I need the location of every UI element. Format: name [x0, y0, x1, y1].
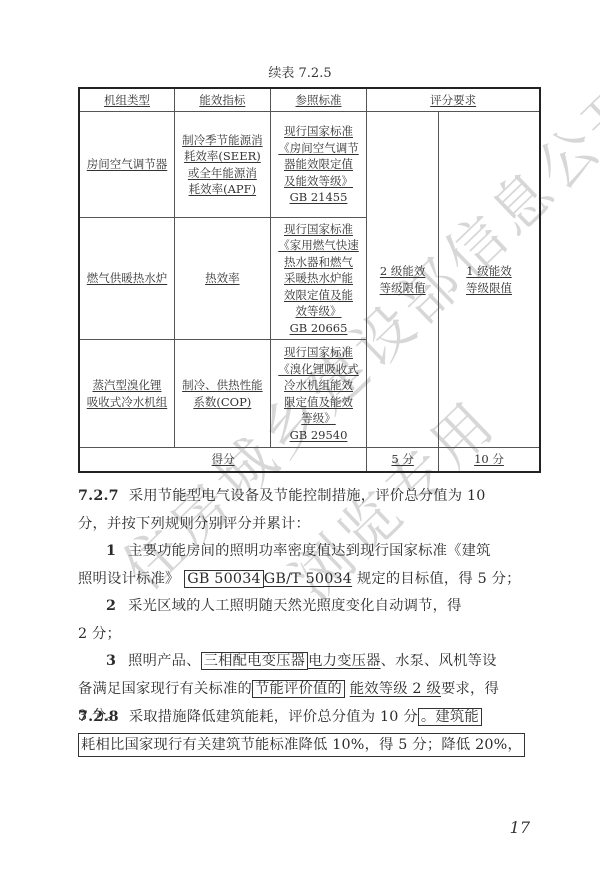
inserted-text: 电力变压器 [308, 653, 380, 669]
item-3-cont: 备满足国家现行有关标准的节能评价值的 能效等级 2 级要求，得 [78, 676, 542, 704]
cell-level2-limit: 2 级能效 等级限值 [367, 112, 439, 448]
clause-7-2-8-line1: 7.2.8采取措施降低建筑能耗，评价总分值为 10 分。建筑能 [78, 704, 542, 732]
item-2: 2采光区域的人工照明随天然光照度变化自动调节，得 [78, 593, 542, 621]
cell-level1-limit: 1 级能效 等级限值 [438, 112, 540, 448]
score-row: 得分 5 分 10 分 [79, 448, 540, 472]
header-score-requirement: 评分要求 [367, 88, 540, 112]
clause-7-2-7: 7.2.7采用节能型电气设备及节能控制措施，评价总分值为 10 分，并按下列规则… [78, 483, 542, 731]
clause-number: 7.2.7 [78, 488, 119, 504]
item-3: 3照明产品、三相配电变压器电力变压器、水泵、风机等设 [78, 648, 542, 676]
item-1: 1主要功能房间的照明功率密度值达到现行国家标准《建筑 [78, 538, 542, 566]
deleted-text: 节能评价值的 [252, 680, 345, 698]
cell-standard: 现行国家标准 《家用燃气快速 热水器和燃气 采暖热水炉能 效限定值及能 效等级》… [270, 218, 367, 340]
cell-indicator: 热效率 [175, 218, 271, 340]
header-indicator: 能效指标 [175, 88, 271, 112]
clause-7-2-8: 7.2.8采取措施降低建筑能耗，评价总分值为 10 分。建筑能 耗相比国家现行有… [78, 704, 542, 759]
cell-indicator: 制冷、供热性能 系数(COP) [175, 340, 271, 448]
deleted-text: 。建筑能 [418, 708, 482, 726]
document-page: 住房城乡建设部信息公开 浏览专用 续表 7.2.5 机组类型 能效指标 参照标准… [0, 0, 600, 869]
score-label: 得分 [79, 448, 367, 472]
inserted-text: GB/T 50034 [264, 571, 352, 587]
deleted-text: GB 50034 [184, 570, 264, 588]
clause-7-2-7-line2: 分，并按下列规则分别评分并累计： [78, 511, 542, 539]
cell-unit-type: 蒸汽型溴化锂 吸收式冷水机组 [79, 340, 175, 448]
inserted-text: 能效等级 2 级 [350, 681, 441, 697]
cell-indicator: 制冷季节能源消 耗效率(SEER) 或全年能源消 耗效率(APF) [175, 112, 271, 218]
deleted-text: 耗相比国家现行有关建筑节能标准降低 10%，得 5 分；降低 20%， [78, 733, 525, 757]
page-number: 17 [510, 818, 530, 837]
deleted-text: 三相配电变压器 [201, 652, 308, 670]
table-row: 房间空气调节器 制冷季节能源消 耗效率(SEER) 或全年能源消 耗效率(APF… [79, 112, 540, 218]
header-unit-type: 机组类型 [79, 88, 175, 112]
cell-standard: 现行国家标准 《溴化锂吸收式 冷水机组能效 限定值及能效 等级》 GB 2954… [270, 340, 367, 448]
header-standard: 参照标准 [270, 88, 367, 112]
score-level1: 10 分 [438, 448, 540, 472]
table-caption: 续表 7.2.5 [0, 62, 600, 81]
clause-7-2-8-line2: 耗相比国家现行有关建筑节能标准降低 10%，得 5 分；降低 20%， [78, 732, 542, 760]
clause-number: 7.2.8 [78, 709, 119, 725]
energy-efficiency-table: 机组类型 能效指标 参照标准 评分要求 房间空气调节器 制冷季节能源消 耗效率(… [78, 87, 541, 473]
score-level2: 5 分 [367, 448, 439, 472]
item-1-cont: 照明设计标准》 GB 50034GB/T 50034 规定的目标值，得 5 分； [78, 566, 542, 594]
cell-unit-type: 燃气供暖热水炉 [79, 218, 175, 340]
item-2-cont: 2 分； [78, 621, 542, 649]
table-header-row: 机组类型 能效指标 参照标准 评分要求 [79, 88, 540, 112]
clause-7-2-7-line1: 7.2.7采用节能型电气设备及节能控制措施，评价总分值为 10 [78, 483, 542, 511]
cell-standard: 现行国家标准 《房间空气调节 器能效限定值 及能效等级》 GB 21455 [270, 112, 367, 218]
cell-unit-type: 房间空气调节器 [79, 112, 175, 218]
